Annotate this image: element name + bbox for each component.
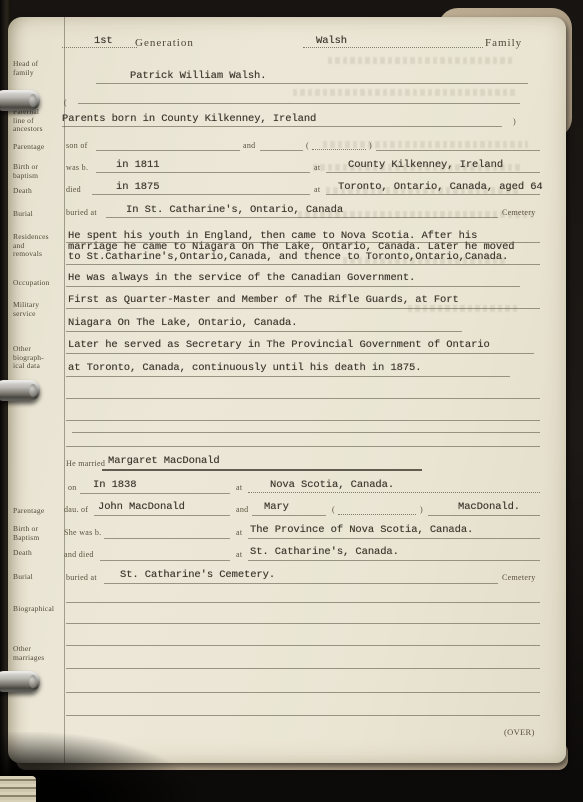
surname-entry: Walsh <box>316 36 347 47</box>
bleed-through-smudge <box>328 57 513 64</box>
ruled-line <box>106 217 498 218</box>
ruled-line <box>66 602 540 603</box>
margin-label-occupation: Occupation <box>13 279 63 288</box>
was-born-label: was b. <box>66 163 88 172</box>
ruled-line <box>92 194 310 195</box>
at-label: at <box>236 550 242 559</box>
and-label: and <box>236 505 248 514</box>
margin-label-burial: Burial <box>13 210 63 219</box>
ruled-line <box>66 398 540 399</box>
ruled-line <box>96 172 310 173</box>
ruled-line <box>96 83 528 84</box>
head-of-family-entry: Patrick William Walsh. <box>130 71 266 82</box>
ruled-line <box>80 493 230 494</box>
ruled-line <box>66 331 462 332</box>
open-paren-label: ( <box>64 98 67 107</box>
ruled-line <box>303 47 483 48</box>
military-entry-line2: Niagara On The Lake, Ontario, Canada. <box>68 318 297 329</box>
ruled-line <box>338 514 416 515</box>
binder-ring <box>0 380 40 401</box>
open-paren-label: ( <box>306 141 309 150</box>
ruled-line <box>66 286 520 287</box>
margin-label-birth-2: Birth or Baptism <box>13 525 63 542</box>
ruled-line <box>428 515 540 516</box>
close-paren-label: ) <box>420 505 423 514</box>
ruled-line <box>62 126 502 127</box>
death-place-entry: Toronto, Ontario, Canada, aged 64 <box>338 182 543 193</box>
he-married-label: He married <box>66 459 105 468</box>
margin-label-biographical: Biographical <box>13 605 63 614</box>
ruled-line <box>66 446 540 447</box>
margin-label-paternal-line: Paternal line of ancestors <box>13 108 63 134</box>
margin-label-other-bio: Other biograph- ical data <box>13 345 63 371</box>
margin-label-parentage: Parentage <box>13 143 63 152</box>
ruled-line <box>94 515 230 516</box>
ruled-line <box>312 149 366 150</box>
over-note: (OVER) <box>504 728 535 737</box>
buried-at-label: buried at <box>66 208 97 217</box>
and-died-label: and died <box>64 550 94 559</box>
ruled-line <box>248 560 540 561</box>
occupation-entry: He was always in the service of the Cana… <box>68 273 415 284</box>
margin-label-parentage-2: Parentage <box>13 507 63 516</box>
ruled-line <box>66 692 540 693</box>
ruled-line <box>72 432 540 433</box>
bleed-through-smudge <box>293 89 518 96</box>
spouse-father-entry: John MacDonald <box>98 502 185 513</box>
margin-label-death-2: Death <box>13 549 63 558</box>
ruled-line <box>260 150 303 151</box>
other-bio-entry-line2: at Toronto, Canada, continuously until h… <box>68 363 421 374</box>
binder-ring <box>0 671 40 692</box>
form-page: 1st Generation Walsh Family Head of fami… <box>8 17 566 763</box>
ruled-line <box>102 469 422 471</box>
military-entry-line1: First as Quarter-Master and Member of Th… <box>68 295 459 306</box>
bleed-through-smudge <box>323 141 528 148</box>
margin-label-burial-2: Burial <box>13 573 63 582</box>
residences-entry: He spent his youth in England, then came… <box>68 231 550 263</box>
ruled-line <box>66 623 540 624</box>
other-bio-entry-line1: Later he served as Secretary in The Prov… <box>68 340 490 351</box>
parents-born-entry: Parents born in County Kilkenney, Irelan… <box>62 114 316 125</box>
spouse-birth-place-entry: The Province of Nova Scotia, Canada. <box>250 525 473 536</box>
margin-label-death: Death <box>13 187 63 196</box>
page-stack-edge <box>0 776 36 802</box>
ruled-line <box>66 715 540 716</box>
died-label: died <box>66 185 81 194</box>
on-label: on <box>68 483 77 492</box>
marriage-date-entry: In 1838 <box>93 480 136 491</box>
at-label: at <box>236 528 242 537</box>
she-was-born-label: She was b. <box>64 528 101 537</box>
ruled-line <box>66 376 510 377</box>
cemetery-label: Cemetery <box>502 573 536 582</box>
ruled-line <box>248 538 540 539</box>
margin-label-birth: Birth or baptism <box>13 163 63 180</box>
generation-label: Generation <box>135 37 194 49</box>
birth-place-entry: County Kilkenney, Ireland <box>348 160 503 171</box>
ruled-line <box>66 353 534 354</box>
ruled-line <box>66 242 540 243</box>
ruled-line <box>248 492 540 493</box>
margin-label-military: Military service <box>13 301 63 318</box>
at-label: at <box>236 483 242 492</box>
margin-label-other-marriages: Other marriages <box>13 645 63 662</box>
and-label: and <box>243 141 255 150</box>
ruled-line <box>66 668 540 669</box>
cemetery-label: Cemetery <box>502 208 536 217</box>
ruled-line <box>326 172 540 173</box>
at-label: at <box>314 163 320 172</box>
close-paren-label: ) <box>369 141 372 150</box>
spouse-death-place-entry: St. Catharine's, Canada. <box>250 547 399 558</box>
margin-rule-line <box>64 17 65 763</box>
son-of-label: son of <box>66 141 88 150</box>
burial-place-entry: In St. Catharine's, Ontario, Canada <box>126 205 343 216</box>
spouse-name-entry: Margaret MacDonald <box>108 456 220 467</box>
spouse-mother-entry: Mary <box>264 502 289 513</box>
ruled-line <box>104 538 230 539</box>
ruled-line <box>376 150 540 151</box>
generation-number-entry: 1st <box>94 36 113 47</box>
daughter-of-label: dau. of <box>64 505 88 514</box>
ruled-line <box>100 560 230 561</box>
death-date-entry: in 1875 <box>116 182 159 193</box>
ruled-line <box>66 420 540 421</box>
birth-date-entry: in 1811 <box>116 160 159 171</box>
close-paren-label: ) <box>513 117 516 126</box>
ruled-line <box>252 515 326 516</box>
ruled-line <box>66 264 540 265</box>
spouse-mother-surname-entry: MacDonald. <box>458 502 520 513</box>
margin-label-residences: Residences and removals <box>13 233 63 259</box>
margin-label-head-of-family: Head of family <box>13 60 63 77</box>
family-label: Family <box>485 37 522 49</box>
marriage-place-entry: Nova Scotia, Canada. <box>270 480 394 491</box>
ruled-line <box>104 583 498 584</box>
spouse-burial-place-entry: St. Catharine's Cemetery. <box>120 570 275 581</box>
open-paren-label: ( <box>332 505 335 514</box>
at-label: at <box>314 185 320 194</box>
ruled-line <box>62 47 137 48</box>
ruled-line <box>96 150 240 151</box>
ruled-line <box>66 645 540 646</box>
ruled-line <box>326 194 540 195</box>
binder-ring <box>0 90 40 111</box>
scanned-genealogy-page: 1st Generation Walsh Family Head of fami… <box>0 0 583 802</box>
buried-at-label: buried at <box>66 573 97 582</box>
ruled-line <box>78 103 520 104</box>
ruled-line <box>66 308 540 309</box>
